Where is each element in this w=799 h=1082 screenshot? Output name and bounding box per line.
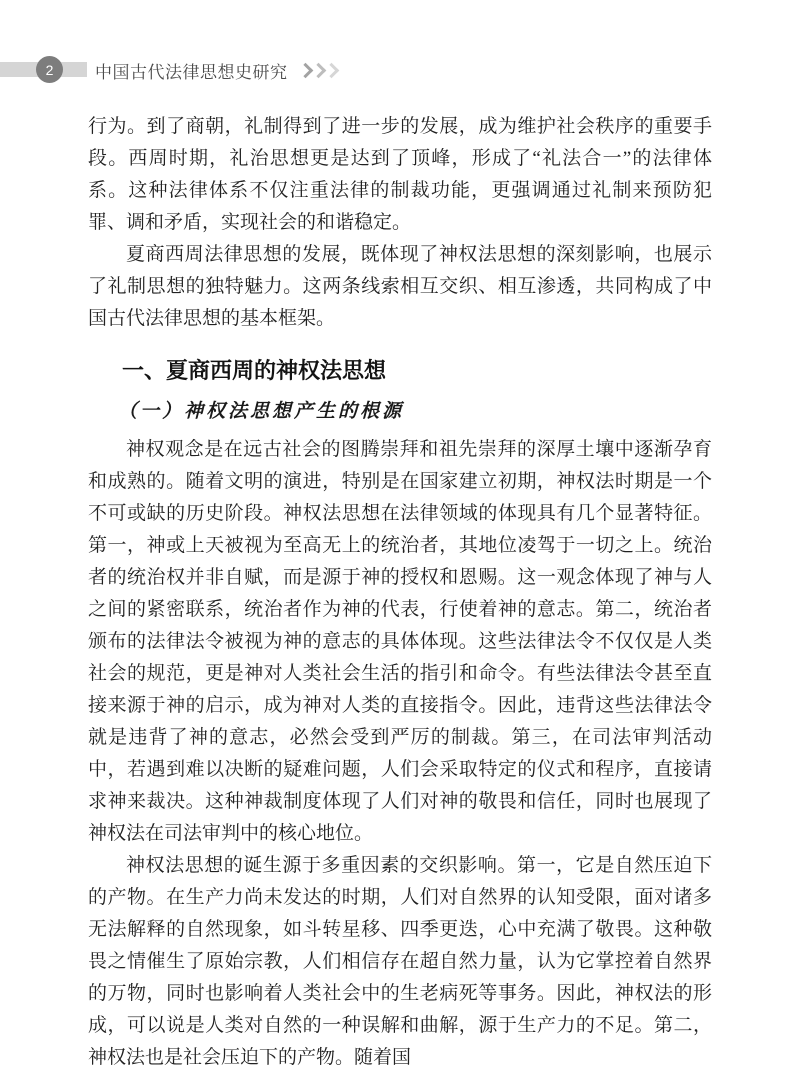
paragraph: 神权观念是在远古社会的图腾崇拜和祖先崇拜的深厚土壤中逐渐孕育和成熟的。随着文明的… (88, 434, 712, 850)
chevron-right-icon (323, 62, 339, 78)
page-number: 2 (46, 62, 54, 78)
section-heading: 一、夏商西周的神权法思想 (122, 356, 712, 386)
subsection-heading: （一）神权法思想产生的根源 (118, 399, 712, 425)
paragraph: 行为。到了商朝，礼制得到了进一步的发展，成为维护社会秩序的重要手段。西周时期，礼… (88, 111, 712, 239)
paragraph: 夏商西周法律思想的发展，既体现了神权法思想的深刻影响，也展示了礼制思想的独特魅力… (88, 239, 712, 335)
paragraph: 神权法思想的诞生源于多重因素的交织影响。第一，它是自然压迫下的产物。在生产力尚未… (88, 850, 712, 1074)
page-number-badge: 2 (36, 56, 63, 83)
book-title: 中国古代法律思想史研究 (95, 58, 288, 83)
header-title-row: 中国古代法律思想史研究 (95, 56, 339, 84)
header-chevrons (300, 65, 339, 76)
book-page: { "header": { "page_number": "2", "book_… (0, 0, 799, 1082)
running-header: 2 中国古代法律思想史研究 (0, 56, 799, 84)
page-body: 行为。到了商朝，礼制得到了进一步的发展，成为维护社会秩序的重要手段。西周时期，礼… (88, 111, 712, 1074)
